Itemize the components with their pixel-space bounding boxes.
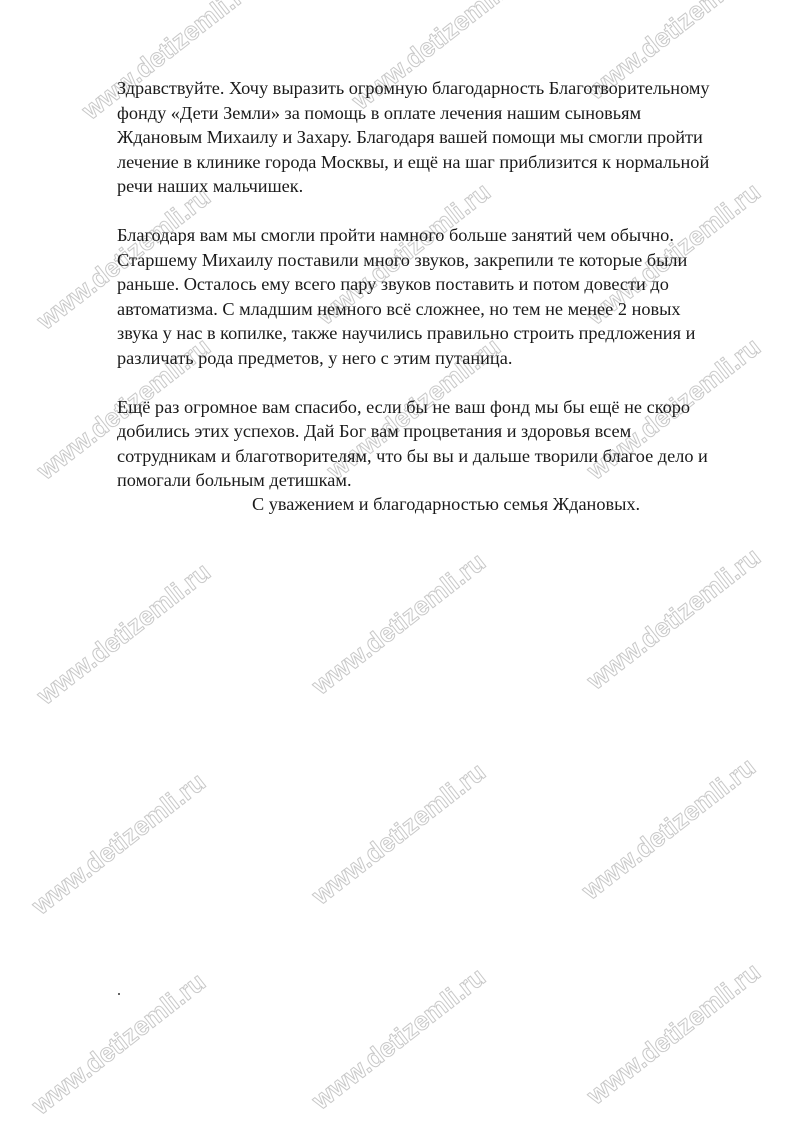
watermark: www.detizemli.ru xyxy=(26,966,212,1121)
text-line: Ждановым Михаилу и Захару. Благодаря ваш… xyxy=(117,125,717,150)
letter-body: Здравствуйте. Хочу выразить огромную бла… xyxy=(117,76,717,493)
text-line: сотрудникам и благотворителям, что бы вы… xyxy=(117,444,717,469)
text-line: различать рода предметов, у него с этим … xyxy=(117,346,717,371)
signature: С уважением и благодарностью семья Ждано… xyxy=(252,494,640,515)
text-line: лечение в клинике города Москвы, и ещё н… xyxy=(117,150,717,175)
watermark: www.detizemli.ru xyxy=(576,751,762,906)
text-line: Ещё раз огромное вам спасибо, если бы не… xyxy=(117,395,717,420)
watermark: www.detizemli.ru xyxy=(306,546,492,701)
scan-speck xyxy=(118,993,120,995)
paragraph-progress: Благодаря вам мы смогли пройти намного б… xyxy=(117,223,717,371)
watermark: www.detizemli.ru xyxy=(581,541,767,696)
text-line: звука у нас в копилке, также научились п… xyxy=(117,321,717,346)
paragraph-gratitude: Здравствуйте. Хочу выразить огромную бла… xyxy=(117,76,717,199)
watermark: www.detizemli.ru xyxy=(306,756,492,911)
text-line: автоматизма. С младшим немного всё сложн… xyxy=(117,297,717,322)
text-line: фонду «Дети Земли» за помощь в оплате ле… xyxy=(117,101,717,126)
watermark: www.detizemli.ru xyxy=(31,556,217,711)
text-line: добились этих успехов. Дай Бог вам процв… xyxy=(117,419,717,444)
text-line: раньше. Осталось ему всего пару звуков п… xyxy=(117,272,717,297)
text-line: Здравствуйте. Хочу выразить огромную бла… xyxy=(117,76,717,101)
text-line: помогали больным детишкам. xyxy=(117,468,717,493)
text-line: речи наших мальчишек. xyxy=(117,174,717,199)
text-line: Старшему Михаилу поставили много звуков,… xyxy=(117,248,717,273)
paragraph-thanks: Ещё раз огромное вам спасибо, если бы не… xyxy=(117,395,717,493)
watermark: www.detizemli.ru xyxy=(581,956,767,1111)
watermark: www.detizemli.ru xyxy=(26,766,212,921)
watermark: www.detizemli.ru xyxy=(306,961,492,1116)
text-line: Благодаря вам мы смогли пройти намного б… xyxy=(117,223,717,248)
